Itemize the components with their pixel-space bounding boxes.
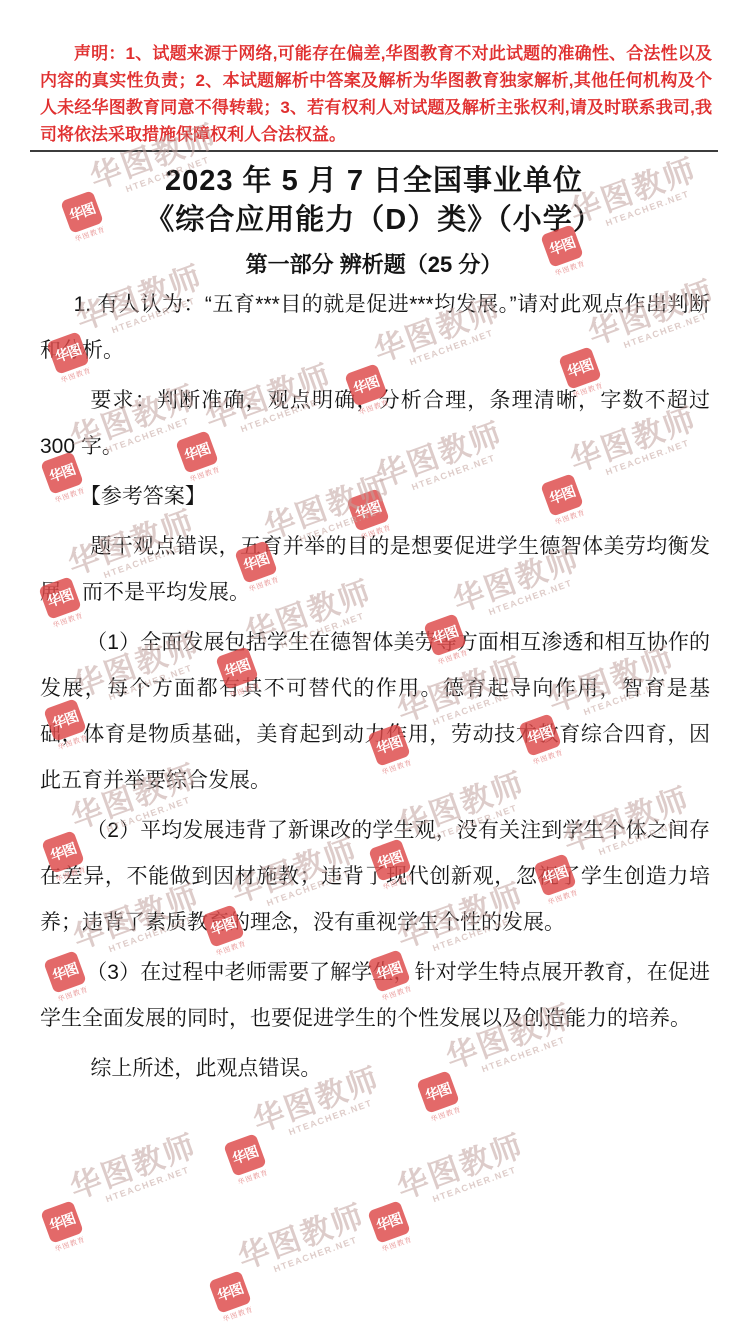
- exam-title-line-1: 2023 年 5 月 7 日全国事业单位: [0, 158, 748, 199]
- body-paragraph: （2）平均发展违背了新课改的学生观，没有关注到学生个体之间存在差异，不能做到因材…: [40, 808, 710, 946]
- exam-title-line-2: 《综合应用能力（D）类》（小学）: [0, 197, 748, 238]
- huatu-watermark: 华图教师HTEACHER.NET华图华图教育: [196, 1188, 391, 1331]
- huatu-logo-caption: 华图教育: [429, 1104, 462, 1124]
- watermark-domain-text: HTEACHER.NET: [272, 1235, 359, 1275]
- huatu-watermark: 华图教师HTEACHER.NET华图华图教育: [355, 1118, 550, 1261]
- huatu-logo-caption: 华图教育: [380, 1234, 413, 1254]
- watermark-brand-text: 华图教师: [390, 1120, 529, 1207]
- huatu-watermark: 华图教师HTEACHER.NET华图华图教育: [28, 1118, 223, 1261]
- header-divider-line: [30, 150, 718, 152]
- huatu-logo-caption: 华图教育: [221, 1304, 254, 1324]
- body-paragraph: （1）全面发展包括学生在德智体美劳等方面相互渗透和相互协作的发展，每个方面都有其…: [40, 620, 710, 804]
- huatu-logo-icon: 华图: [367, 1200, 411, 1244]
- body-paragraph: 要求：判断准确，观点明确，分析合理，条理清晰，字数不超过 300 字。: [40, 378, 710, 470]
- section-heading: 第一部分 辨析题（25 分）: [0, 248, 748, 279]
- exam-document-page: 声明：1、试题来源于网络,可能存在偏差,华图教育不对此试题的准确性、合法性以及内…: [0, 0, 748, 1335]
- body-paragraph: 综上所述，此观点错误。: [40, 1046, 710, 1092]
- disclaimer-text: 声明：1、试题来源于网络,可能存在偏差,华图教育不对此试题的准确性、合法性以及内…: [40, 40, 712, 148]
- body-paragraph: 【参考答案】: [40, 474, 710, 520]
- watermark-brand-text: 华图教师: [63, 1120, 202, 1207]
- huatu-logo-caption: 华图教育: [53, 1234, 86, 1254]
- huatu-logo-icon: 华图: [208, 1270, 252, 1314]
- body-paragraph: 题干观点错误，五育并举的目的是想要促进学生德智体美劳均衡发展，而不是平均发展。: [40, 524, 710, 616]
- huatu-logo-caption: 华图教育: [236, 1167, 269, 1187]
- huatu-logo-icon: 华图: [223, 1133, 267, 1177]
- watermark-domain-text: HTEACHER.NET: [104, 1165, 191, 1205]
- body-paragraph: （3）在过程中老师需要了解学生，针对学生特点展开教育，在促进学生全面发展的同时，…: [40, 950, 710, 1042]
- huatu-logo-icon: 华图: [40, 1200, 84, 1244]
- body-paragraph: 1. 有人认为：“五育***目的就是促进***均发展。”请对此观点作出判断和分析…: [40, 282, 710, 374]
- watermark-brand-text: 华图教师: [231, 1190, 370, 1277]
- watermark-domain-text: HTEACHER.NET: [287, 1098, 374, 1138]
- answer-body: 1. 有人认为：“五育***目的就是促进***均发展。”请对此观点作出判断和分析…: [40, 282, 710, 1096]
- watermark-domain-text: HTEACHER.NET: [431, 1165, 518, 1205]
